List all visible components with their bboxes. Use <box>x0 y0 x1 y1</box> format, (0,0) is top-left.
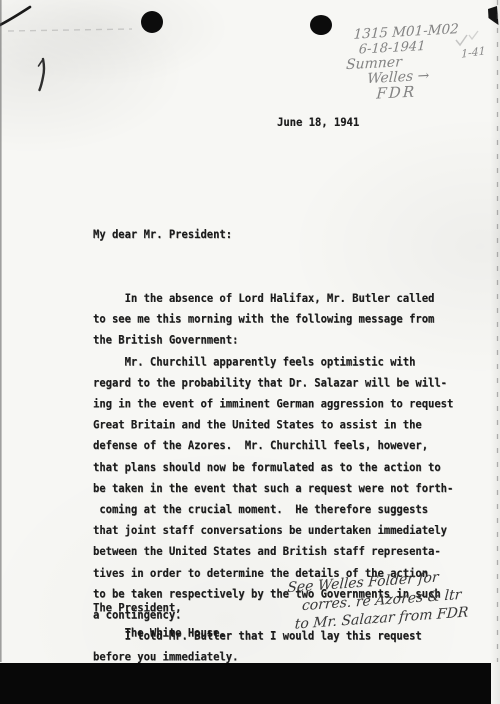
letter-body-line: Great Britain and the United States to a… <box>93 415 453 436</box>
letter-body-line: In the absence of Lord Halifax, Mr. Butl… <box>93 289 453 310</box>
letter-body-line: ing in the event of imminent German aggr… <box>93 394 453 415</box>
pencil-annotation-top-right: 1315 M01-M026-18-1941SumnerWelles →FDR <box>344 21 488 104</box>
letter-body-line: be taken in the event that such a reques… <box>93 479 453 500</box>
letter-body-line: that joint staff conversations be undert… <box>93 521 453 542</box>
hole-punch-right <box>310 15 332 35</box>
letter-body-line: defense of the Azores. Mr. Churchill fee… <box>93 436 453 457</box>
closing-line: The President, <box>93 596 226 621</box>
top-left-stroke <box>0 7 30 26</box>
letter-body-line: to see me this morning with the followin… <box>93 310 453 331</box>
letter-body-line: between the United States and British st… <box>93 542 453 563</box>
letter-body-line: coming at the crucial moment. He therefo… <box>93 500 453 521</box>
bottom-scan-bar <box>0 663 491 704</box>
letter-date: June 18, 1941 <box>277 116 359 129</box>
letter-body-line: regard to the probability that Dr. Salaz… <box>93 373 453 394</box>
letter-body-line: Mr. Churchill apparently feels optimisti… <box>93 352 453 373</box>
margin-pencil-mark <box>40 59 45 90</box>
smudge-line <box>8 29 132 31</box>
letter-closing: The President, The White House. <box>93 596 226 646</box>
right-edge-shading <box>490 0 500 704</box>
letter-body-line: that plans should now be formulated as t… <box>93 458 453 479</box>
margin-pencil-mark-tick <box>39 60 44 67</box>
scanned-letter-page: June 18, 1941 My dear Mr. President: In … <box>0 0 500 704</box>
closing-line: The White House. <box>93 621 226 646</box>
pencil-line: FDR <box>376 81 485 102</box>
letter-salutation: My dear Mr. President: <box>93 225 453 246</box>
letter-body-line: the British Government: <box>93 331 453 352</box>
hole-punch-left <box>141 11 163 33</box>
